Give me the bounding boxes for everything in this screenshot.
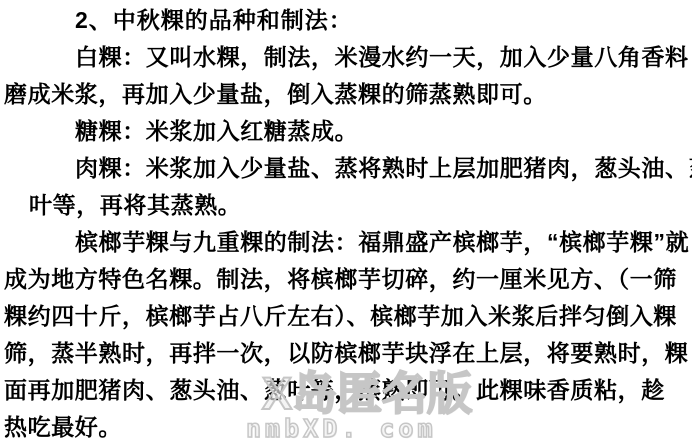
watermark-chinese-text: X岛匿名版 xyxy=(262,369,472,419)
text-line: 叶等，再将其蒸熟。 xyxy=(0,187,692,224)
text-line: 筛，蒸半熟时，再拌一次，以防槟榔芋块浮在上层，将要熟时，粿 xyxy=(0,335,692,372)
text-line: 白粿：又叫水粿，制法，米漫水约一天，加入少量八角香料 xyxy=(0,39,692,76)
text-line: 槟榔芋粿与九重粿的制法：福鼎盛产槟榔芋，“槟榔芋粿”就 xyxy=(0,224,692,261)
section-heading: 2、中秋粿的品种和制法： xyxy=(0,2,692,39)
text-line: 粿约四十斤，槟榔芋占八斤左右）、槟榔芋加入米浆后拌匀倒入粿 xyxy=(0,298,692,335)
text-line: 糖粿：米浆加入红糖蒸成。 xyxy=(0,113,692,150)
watermark-url-text: nmbXD. com xyxy=(246,416,437,441)
text-line: 成为地方特色名粿。制法，将槟榔芋切碎，约一厘米见方、（一筛 xyxy=(0,261,692,298)
text-line: 磨成米浆，再加入少量盐，倒入蒸粿的筛蒸熟即可。 xyxy=(0,76,692,113)
scanned-document-page: 2、中秋粿的品种和制法：白粿：又叫水粿，制法，米漫水约一天，加入少量八角香料磨成… xyxy=(0,0,692,446)
text-line: 肉粿：米浆加入少量盐、蒸将熟时上层加肥猪肉，葱头油、葱 xyxy=(0,150,692,187)
